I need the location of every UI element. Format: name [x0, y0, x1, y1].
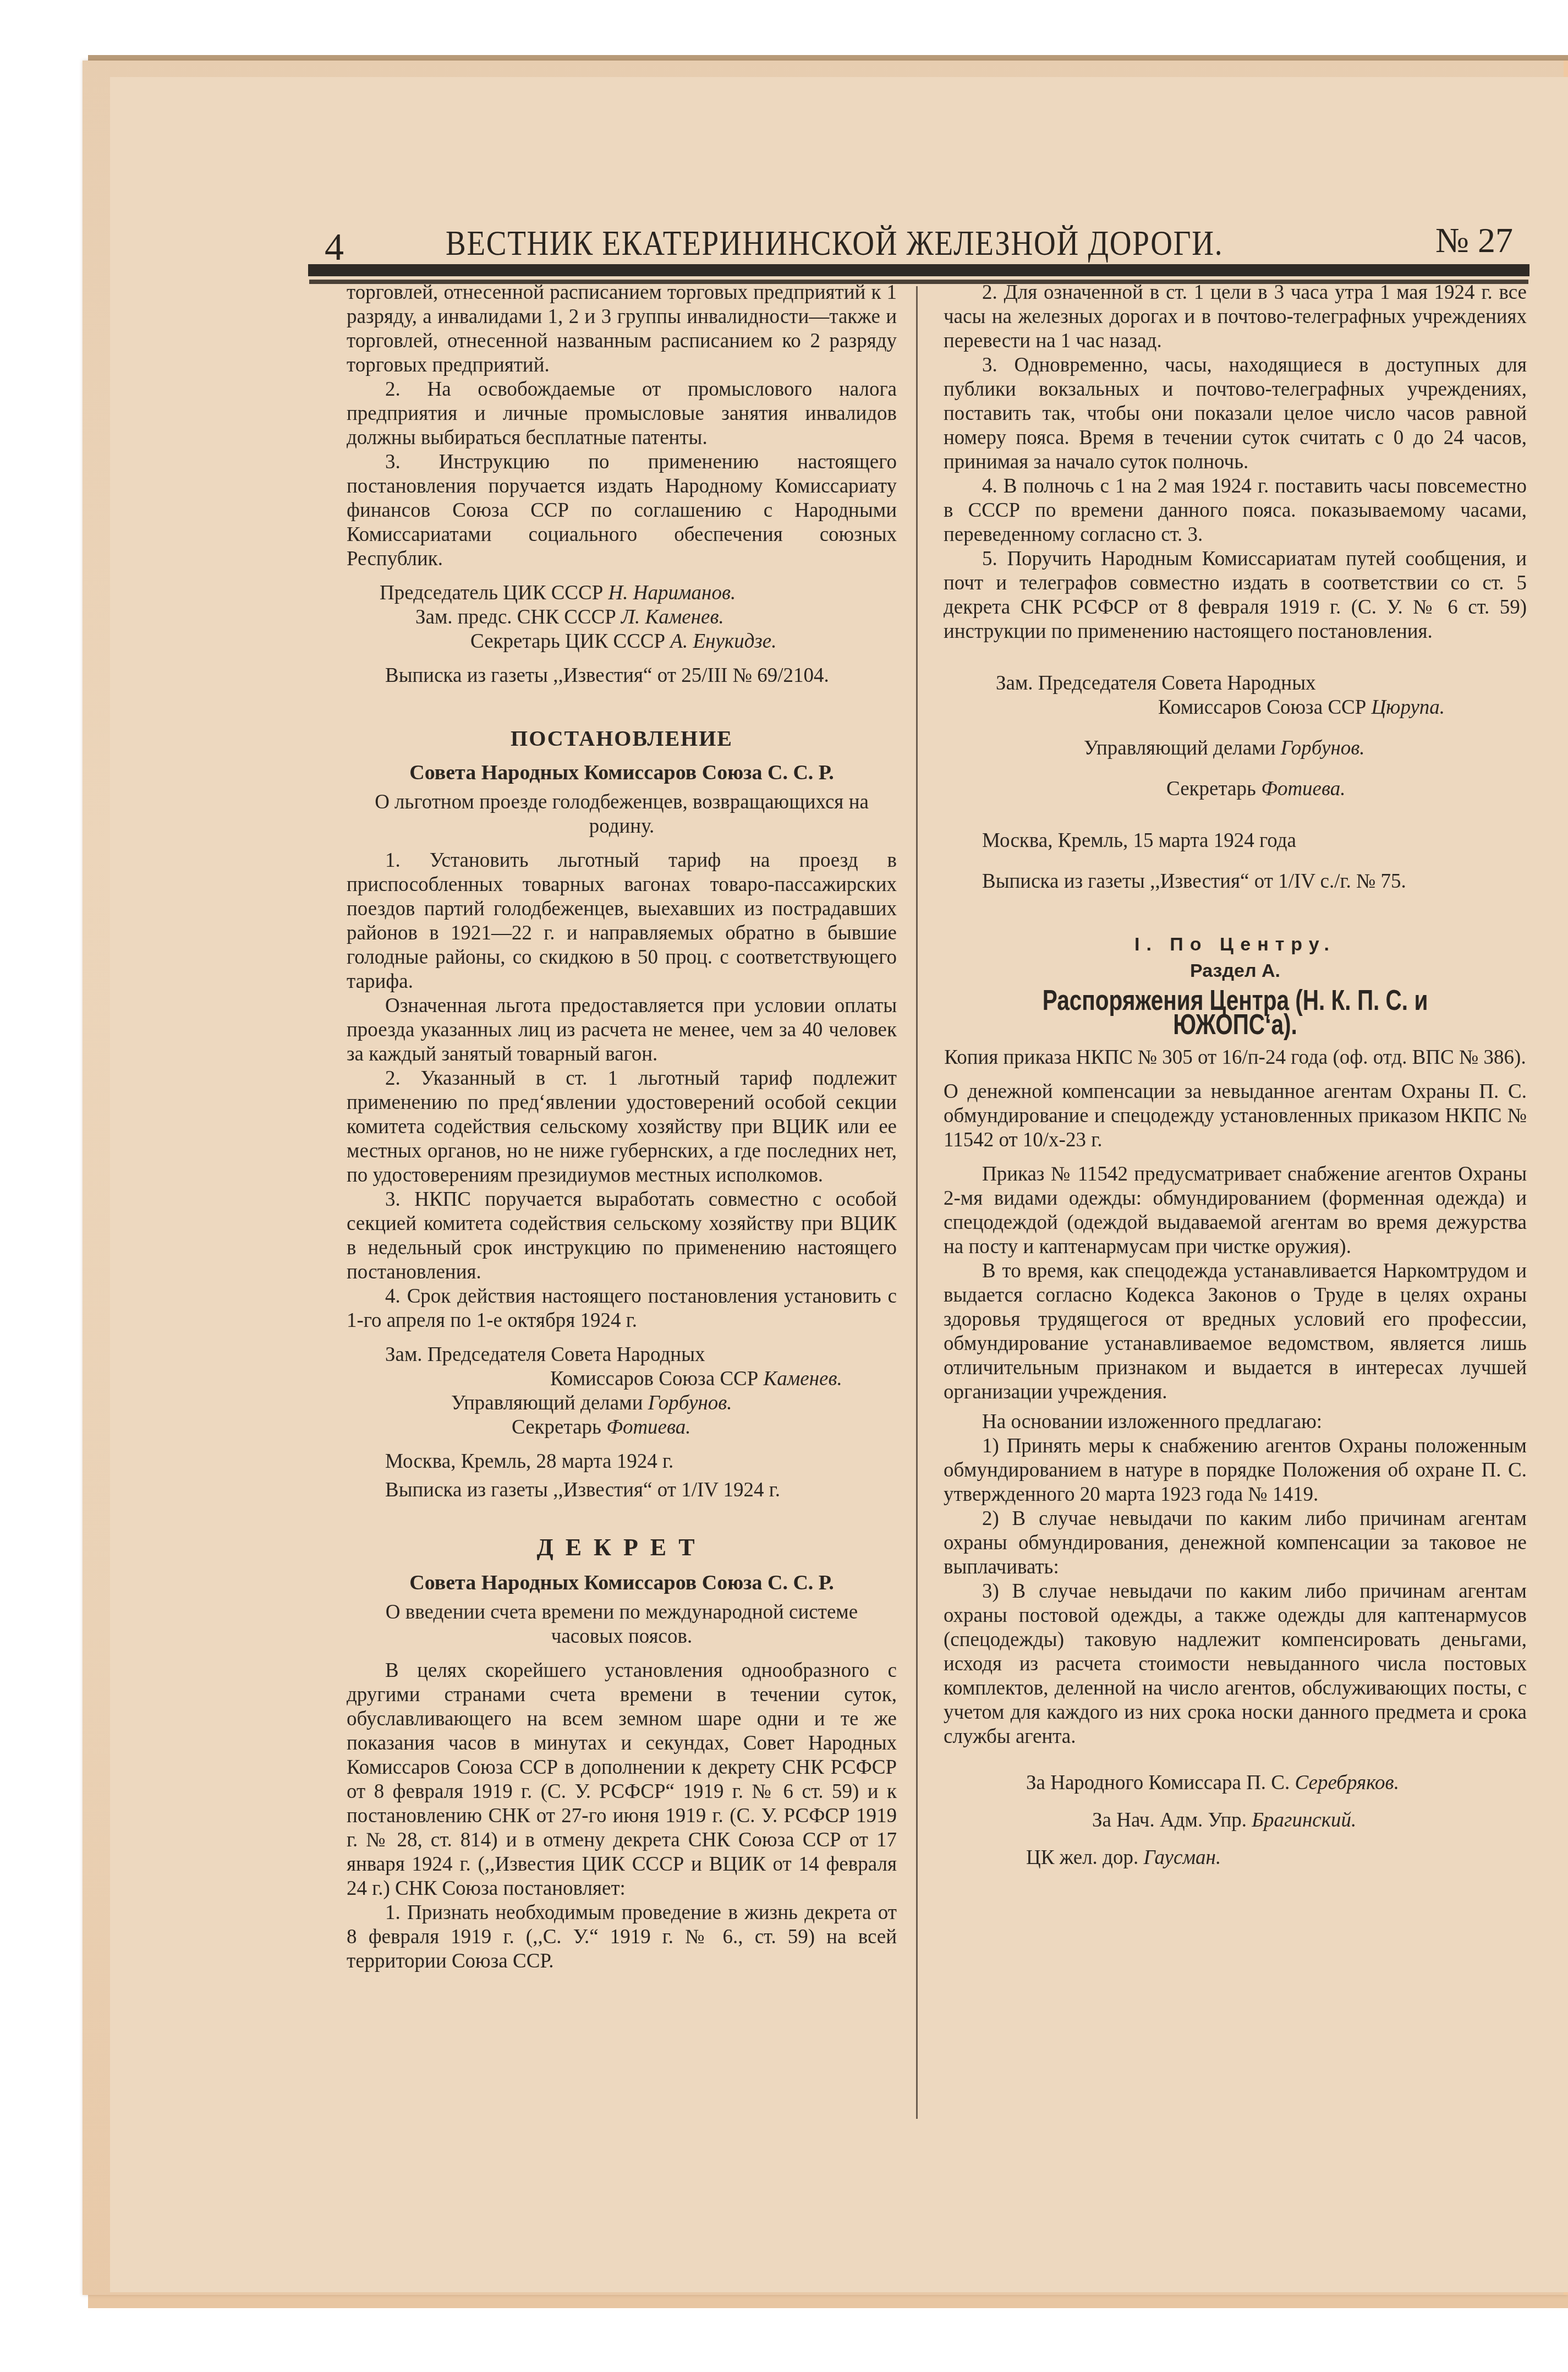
signature-line: За Народного Комиссара П. С. Серебряков. — [944, 1771, 1527, 1795]
source-extract: Выписка из газеты ,,Известия“ от 1/IV с.… — [944, 870, 1527, 894]
paragraph: 4. Срок действия настоящего постановлени… — [347, 1285, 897, 1333]
section-heading: I. По Центру. — [944, 932, 1527, 957]
list-item: 2) В случае невыдачи по каким либо причи… — [944, 1507, 1527, 1579]
signature-line: Секретарь ЦИК СССР А. Енукидзе. — [347, 630, 897, 654]
signature-line: Комиссаров Союза ССР Каменев. — [347, 1367, 897, 1391]
resolution-subject: О льготном проезде голодбеженцев, возвра… — [347, 790, 897, 839]
header-rule — [308, 264, 1529, 280]
paragraph: Означенная льгота предоставляется при ус… — [347, 994, 897, 1067]
signature-line: Зам. предс. СНК СССР Л. Каменев. — [347, 605, 897, 630]
publication-title: ВЕСТНИК ЕКАТЕРИНИНСКОЙ ЖЕЛЕЗНОЙ ДОРОГИ. — [446, 223, 1223, 264]
source-extract: Выписка из газеты ,,Известия“ от 25/III … — [347, 664, 897, 688]
resolution-heading: ПОСТАНОВЛЕНИЕ — [347, 726, 897, 751]
list-item: 1) Принять меры к снабжению агентов Охра… — [944, 1434, 1527, 1507]
paragraph: 2. Для означенной в ст. 1 цели в 3 часа … — [944, 281, 1527, 353]
paragraph: 2. Указанный в ст. 1 льготный тариф подл… — [347, 1067, 897, 1188]
signature-line: Управляющий делами Горбунов. — [347, 1391, 897, 1415]
signature-line: За Нач. Адм. Упр. Брагинский. — [944, 1808, 1527, 1833]
paragraph: 3. Одновременно, часы, находящиеся в дос… — [944, 353, 1527, 474]
order-subject: О денежной компенсации за невыданное аге… — [944, 1080, 1527, 1152]
paragraph: 1. Установить льготный тариф на проезд в… — [347, 849, 897, 994]
paragraph: Приказ № 11542 предусматривает снабжение… — [944, 1162, 1527, 1259]
paragraph: 3. НКПС поручается выработать совместно … — [347, 1188, 897, 1285]
order-reference: Копия приказа НКПС № 305 от 16/п-24 года… — [944, 1046, 1527, 1070]
signature-line: Зам. Председателя Совета Народных — [944, 671, 1527, 696]
page-number: 4 — [325, 226, 344, 270]
decree-heading: ДЕКРЕТ — [347, 1535, 897, 1560]
paragraph: 5. Поручить Народным Комиссариатам путей… — [944, 547, 1527, 644]
signature-line: ЦК жел. дор. Гаусман. — [944, 1846, 1527, 1870]
list-item: 3) В случае невыдачи по каким либо причи… — [944, 1579, 1527, 1749]
column-divider — [916, 286, 918, 2119]
paragraph: В то время, как спецодежда устанавливает… — [944, 1259, 1527, 1404]
paragraph: 4. В полночь с 1 на 2 мая 1924 г. постав… — [944, 474, 1527, 547]
decree-issuer: Совета Народных Комиссаров Союза С. С. Р… — [347, 1571, 897, 1595]
decree-subject: О введении счета времени по международно… — [347, 1600, 897, 1649]
signature-line: Комиссаров Союза ССР Цюрупа. — [944, 696, 1527, 720]
signature-line: Управляющий делами Горбунов. — [944, 736, 1527, 761]
section-subheading: Раздел А. — [944, 959, 1527, 983]
paragraph: 2. На освобождаемые от промыслового нало… — [347, 378, 897, 450]
signature-line: Секретарь Фотиева. — [347, 1415, 897, 1440]
paragraph: 1. Признать необходимым проведение в жиз… — [347, 1901, 897, 1974]
signature-line: Зам. Председателя Совета Народных — [347, 1343, 897, 1367]
intro-paragraph: торговлей, отнесенной расписанием торгов… — [347, 281, 897, 378]
running-header: 4 ВЕСТНИК ЕКАТЕРИНИНСКОЙ ЖЕЛЕЗНОЙ ДОРОГИ… — [308, 209, 1518, 275]
issue-number: № 27 — [1435, 220, 1513, 261]
paragraph: В целях скорейшего установления однообра… — [347, 1659, 897, 1901]
signature-line: Председатель ЦИК СССР Н. Нариманов. — [347, 581, 897, 605]
paragraph: На основании изложенного предлагаю: — [944, 1410, 1527, 1434]
signature-line: Секретарь Фотиева. — [944, 777, 1527, 801]
source-extract: Выписка из газеты ,,Известия“ от 1/IV 19… — [347, 1478, 897, 1502]
resolution-issuer: Совета Народных Комиссаров Союза С. С. Р… — [347, 761, 897, 785]
paragraph: 3. Инструкцию по применению настоящего п… — [347, 450, 897, 571]
place-date: Москва, Кремль, 28 марта 1924 г. — [347, 1450, 897, 1474]
right-column: 2. Для означенной в ст. 1 цели в 3 часа … — [944, 281, 1527, 1870]
section-title: Распоряжения Центра (Н. К. П. С. и ЮЖОПС… — [1008, 988, 1463, 1037]
left-column: торговлей, отнесенной расписанием торгов… — [347, 281, 897, 1974]
place-date: Москва, Кремль, 15 марта 1924 года — [944, 829, 1527, 853]
